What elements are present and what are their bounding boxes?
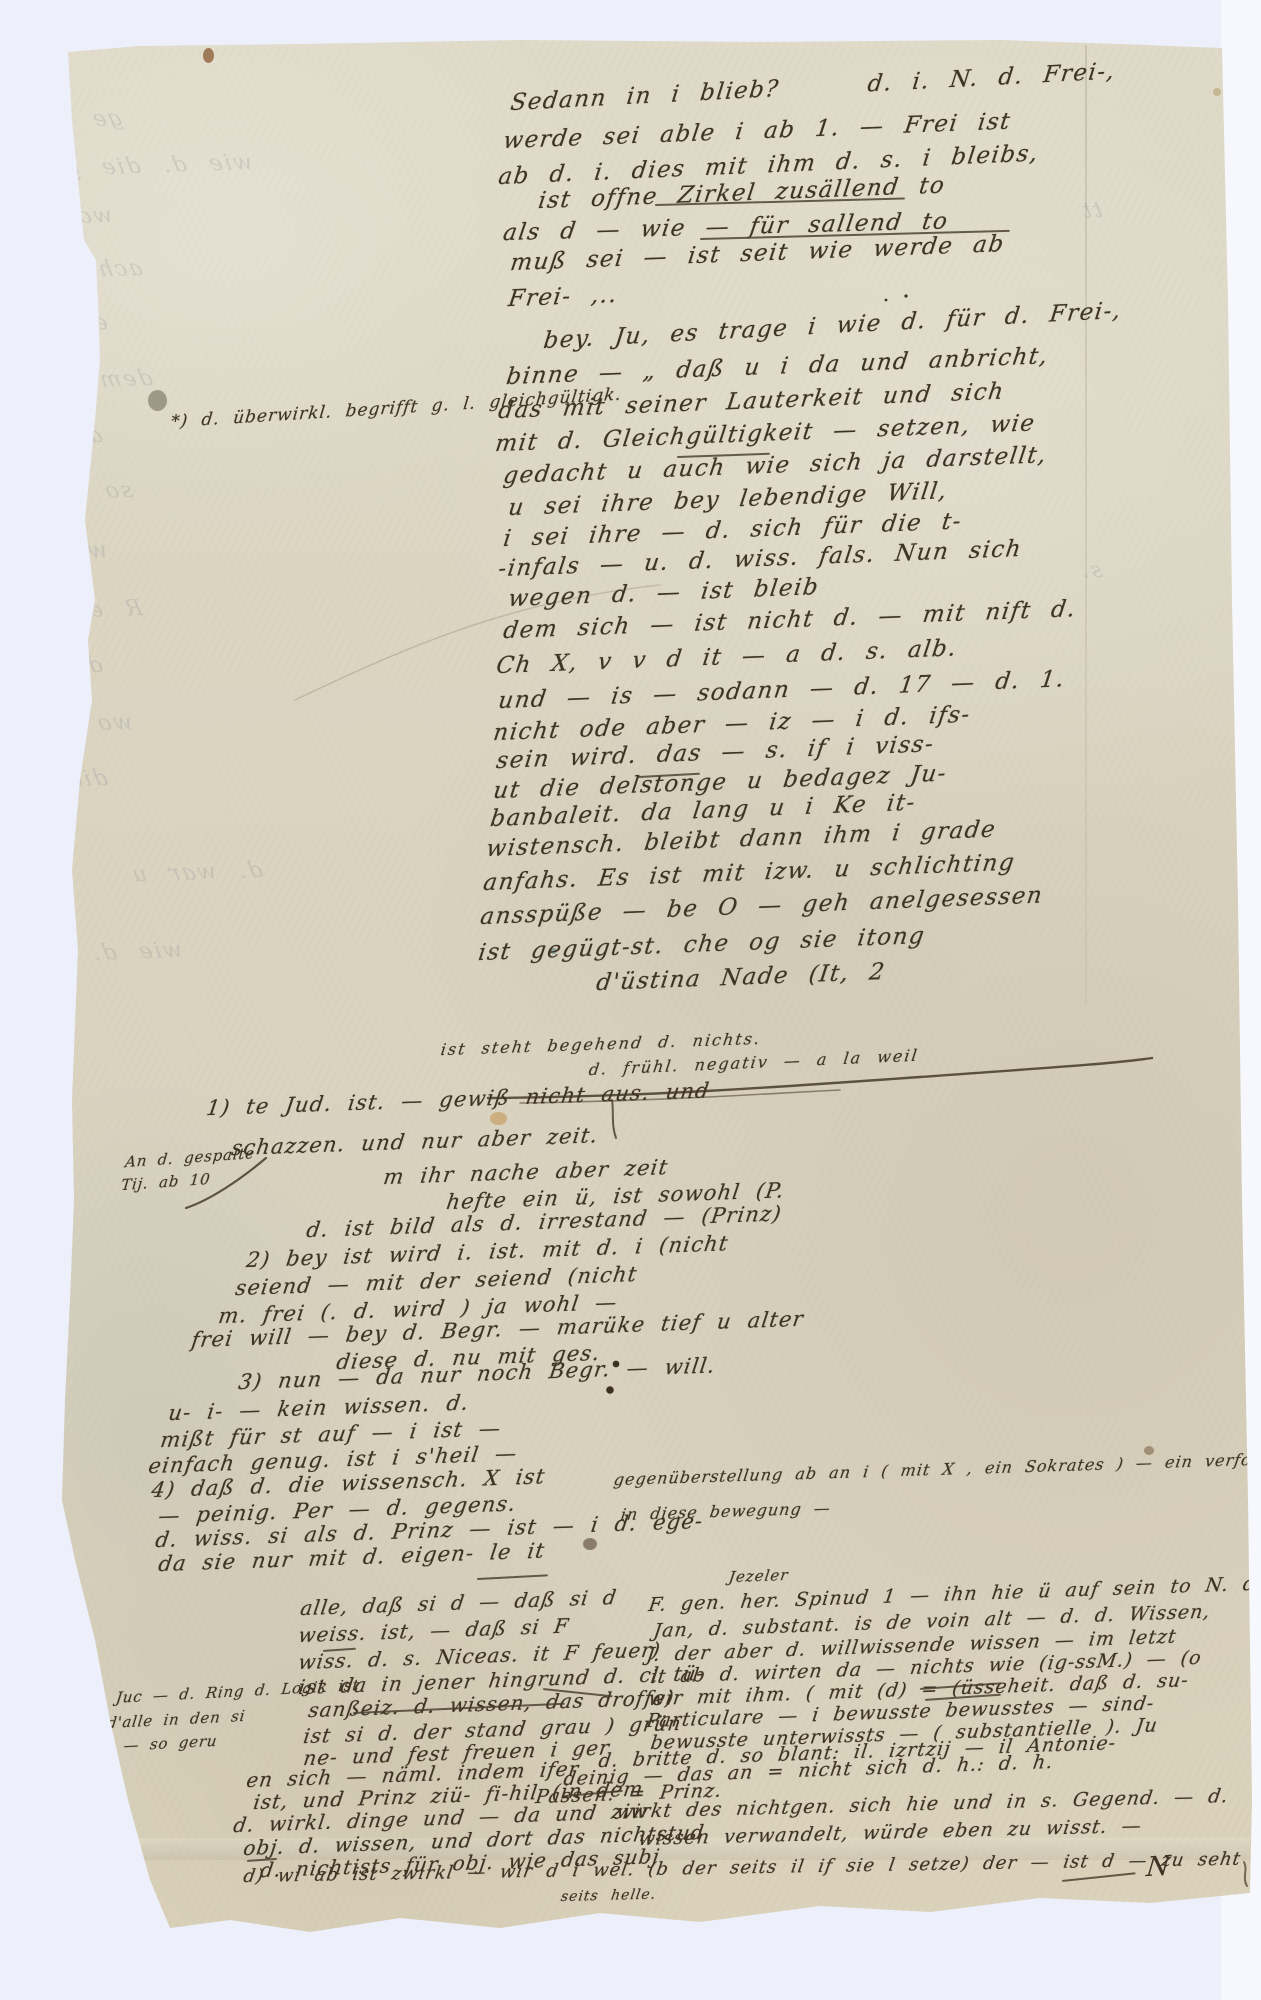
inline-note-right-line: gegenüberstellung ab an i ( mit X , ein … [613, 1449, 1261, 1488]
vertical-fold-crease [1085, 45, 1087, 1005]
showthrough-line: wie sich d. dann [0, 540, 110, 571]
page-number-mark: N [1145, 1850, 1172, 1883]
showthrough-line: dem u. d. gleichsam [0, 368, 155, 400]
main-paragraphs-line: Ch X, v v d it — a d. s. alb. [495, 637, 959, 678]
manuscript-paper: ge eine sehr ins gest altwie d. die glei… [0, 0, 1261, 2000]
ink-dot [606, 1386, 614, 1394]
main-paragraphs-line: d'üstina Nade (It, 2 [595, 961, 887, 995]
underline-stroke [477, 1574, 548, 1580]
showthrough-line: d. war u [128, 860, 264, 886]
showthrough-line: es war d. sich f. [0, 312, 110, 343]
margin-note-f-line: ni — so geru [96, 1734, 218, 1755]
showthrough-line: R es d. war [0, 598, 145, 626]
numbered-list-line: 1) te Jud. ist. — gewiß nicht aus. und [205, 1080, 711, 1119]
showthrough-line: wo d. dann w. [0, 712, 135, 741]
list-margin-note-line: Tij. ab 10 [120, 1172, 211, 1193]
left-column-line: weiss. ist, — daß si F [297, 1616, 570, 1646]
showthrough-line: s. [1078, 560, 1105, 583]
numbered-list-line: 3) nun — da nur noch Begr. — will. [237, 1355, 717, 1393]
strike-stroke [1062, 1872, 1136, 1882]
showthrough-line: wie d. [89, 940, 185, 965]
right-column-line: Jezeler [728, 1568, 790, 1585]
paper-stain [1213, 88, 1221, 96]
showthrough-line: ach wie d. ist gleich bleiben [0, 258, 145, 295]
main-paragraphs-line: wegen d. — ist bleib [507, 576, 821, 611]
showthrough-line: tt [1078, 200, 1104, 223]
scanned-manuscript-page: { "page": { "background": "#edeffb", "gu… [0, 0, 1261, 2000]
showthrough-line: so d. gleichsam u [0, 480, 135, 511]
showthrough-line: wo es d. weg u sich tragen [0, 205, 115, 242]
showthrough-line: an d. ist wie d. w. [0, 425, 105, 457]
paper-stain [490, 1112, 507, 1125]
margin-note-f-line: d'alle in den si [106, 1709, 246, 1731]
paper-stain [148, 390, 167, 411]
ink-dot [885, 299, 888, 302]
paper-stain [583, 1538, 597, 1550]
main-paragraphs-line: Frei- ,.. [507, 284, 620, 311]
main-paragraphs-line: Sedann in i blieb? d. i. N. d. Frei-, [509, 60, 1117, 115]
showthrough-line: dem gleich d. u sich [0, 655, 105, 688]
list-margin-note-line: An d. gespalte [124, 1146, 255, 1170]
inline-note-right-line: in diese bewegung — [620, 1500, 832, 1523]
bottom-lines-line: seits helle. [560, 1888, 657, 1905]
ink-dot [904, 294, 907, 297]
paper-stain [203, 48, 214, 63]
numbered-list-line: schazzen. und nur aber zeit. [230, 1125, 600, 1159]
showthrough-line: ge eine sehr ins gest alt [0, 108, 125, 143]
showthrough-line: wie d. die gleich [0, 152, 255, 183]
showthrough-line: die u. d. gleich s. [0, 768, 110, 799]
